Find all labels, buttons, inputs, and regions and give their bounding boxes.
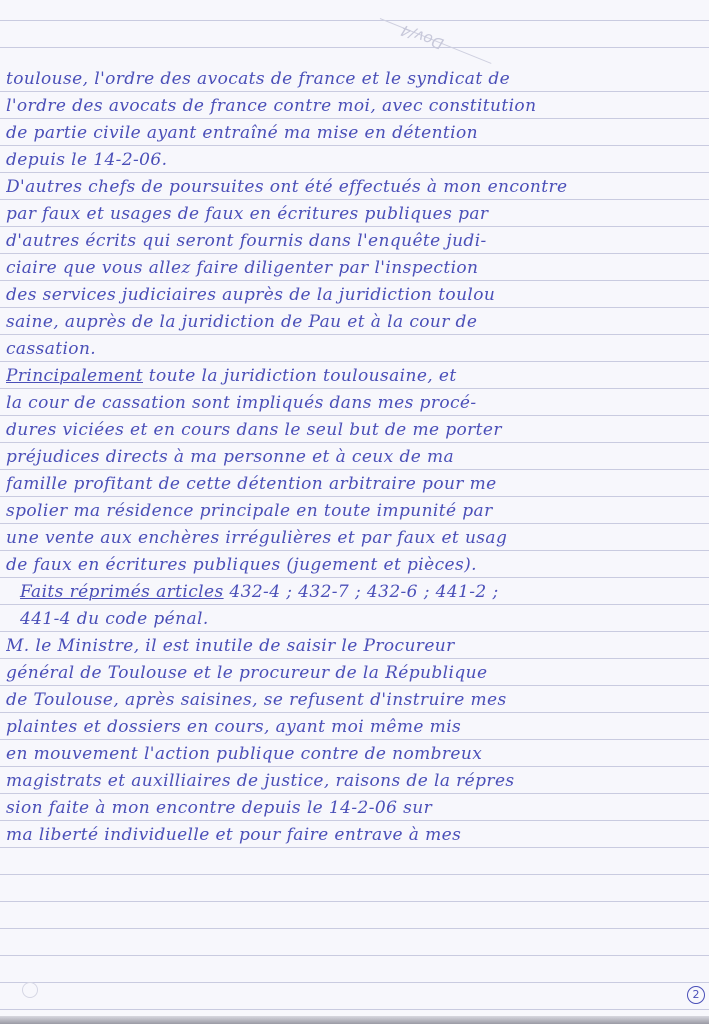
corner-annotation: Dov/4 bbox=[398, 21, 446, 53]
underlined-heading: Faits réprimés articles bbox=[20, 582, 224, 602]
text-line: par faux et usages de faux en écritures … bbox=[6, 201, 709, 228]
text-line: des services judiciaires auprès de la ju… bbox=[6, 282, 709, 309]
text-line: ciaire que vous allez faire diligenter p… bbox=[6, 255, 709, 282]
text-line: saine, auprès de la juridiction de Pau e… bbox=[6, 309, 709, 336]
text-line: dures viciées et en cours dans le seul b… bbox=[6, 417, 709, 444]
text-line: toulouse, l'ordre des avocats de france … bbox=[6, 66, 709, 93]
line-continuation: 432-4 ; 432-7 ; 432-6 ; 441-2 ; bbox=[224, 582, 499, 602]
text-line: de partie civile ayant entraîné ma mise … bbox=[6, 120, 709, 147]
text-line: de Toulouse, après saisines, se refusent… bbox=[6, 687, 709, 714]
line-continuation: toute la juridiction toulousaine, et bbox=[143, 366, 457, 386]
text-line: l'ordre des avocats de france contre moi… bbox=[6, 93, 709, 120]
text-line: Principalement toute la juridiction toul… bbox=[6, 363, 709, 390]
text-line: en mouvement l'action publique contre de… bbox=[6, 741, 709, 768]
text-line: ma liberté individuelle et pour faire en… bbox=[6, 822, 709, 849]
text-line: Faits réprimés articles 432-4 ; 432-7 ; … bbox=[6, 579, 709, 606]
text-line: cassation. bbox=[6, 336, 709, 363]
notebook-page: Dov/4 toulouse, l'ordre des avocats de f… bbox=[0, 0, 709, 1016]
text-line: 441-4 du code pénal. bbox=[6, 606, 709, 633]
text-line: D'autres chefs de poursuites ont été eff… bbox=[6, 174, 709, 201]
text-line: sion faite à mon encontre depuis le 14-2… bbox=[6, 795, 709, 822]
text-line: spolier ma résidence principale en toute… bbox=[6, 498, 709, 525]
text-line: plaintes et dossiers en cours, ayant moi… bbox=[6, 714, 709, 741]
text-line: une vente aux enchères irrégulières et p… bbox=[6, 525, 709, 552]
underlined-heading: Principalement bbox=[6, 366, 143, 386]
text-line: de faux en écritures publiques (jugement… bbox=[6, 552, 709, 579]
text-line: d'autres écrits qui seront fournis dans … bbox=[6, 228, 709, 255]
text-line: magistrats et auxilliaires de justice, r… bbox=[6, 768, 709, 795]
page-bottom-edge bbox=[0, 1016, 709, 1024]
text-line: famille profitant de cette détention arb… bbox=[6, 471, 709, 498]
page-number: 2 bbox=[687, 986, 705, 1004]
handwritten-text-body: toulouse, l'ordre des avocats de france … bbox=[6, 66, 709, 849]
text-line: général de Toulouse et le procureur de l… bbox=[6, 660, 709, 687]
text-line: préjudices directs à ma personne et à ce… bbox=[6, 444, 709, 471]
text-line: M. le Ministre, il est inutile de saisir… bbox=[6, 633, 709, 660]
text-line: la cour de cassation sont impliqués dans… bbox=[6, 390, 709, 417]
faint-circle-mark bbox=[22, 982, 38, 998]
text-line: depuis le 14-2-06. bbox=[6, 147, 709, 174]
